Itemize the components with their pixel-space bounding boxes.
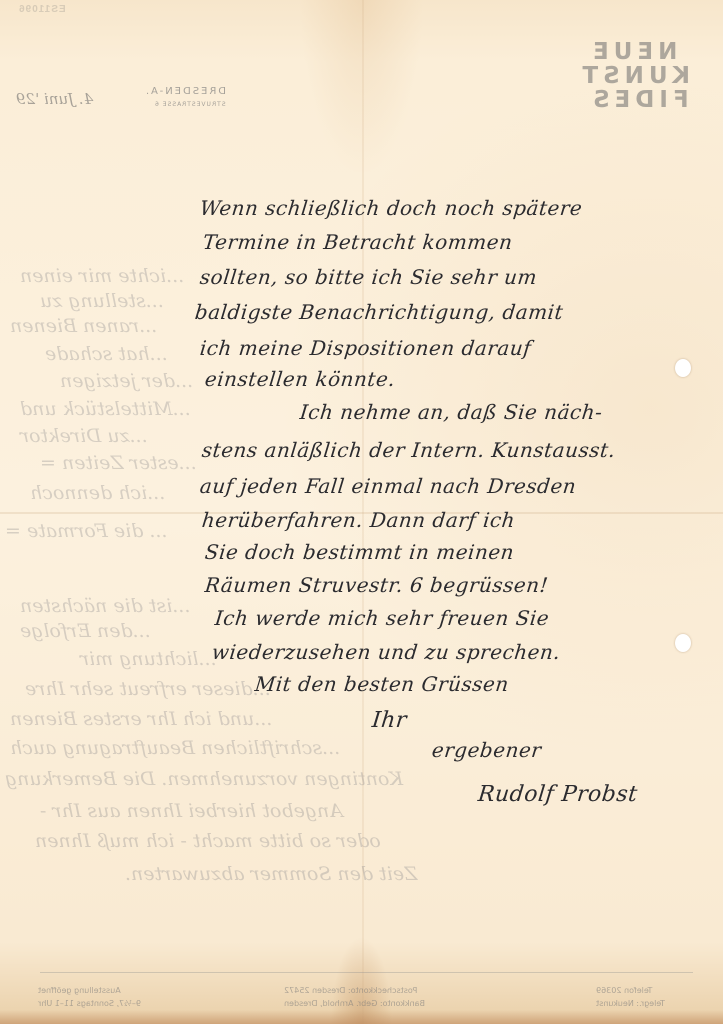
footer-right-line-1: Telefon 20369 bbox=[596, 984, 652, 997]
body-line: Sie doch bestimmt in meinen bbox=[204, 540, 516, 564]
body-line: herüberfahren. Dann darf ich bbox=[201, 508, 517, 532]
bleed-line: ...hat schade bbox=[45, 343, 168, 365]
letterhead-street: STRUVESTRASSE 6 bbox=[154, 101, 226, 108]
footer-left-line-1: Ausstellung geöffnet bbox=[38, 984, 121, 997]
body-line: Ich nehme an, daß Sie näch- bbox=[299, 400, 604, 424]
bleed-line: ...dieser erfreut sehr Ihre bbox=[25, 678, 271, 700]
punch-hole-bottom bbox=[675, 634, 691, 652]
bleed-line: ...ich dennoch bbox=[30, 482, 165, 504]
footer-middle-line-1: Postscheckkonto: Dresden 25472 bbox=[284, 984, 417, 997]
punch-hole-top bbox=[675, 359, 691, 377]
bleed-line: Kontingen vorzunehmen. Die Bemerkung bbox=[5, 768, 403, 790]
footer-left-line-2: 9–½7, Sonntags 11–1 Uhr bbox=[38, 997, 141, 1010]
footer-rule bbox=[40, 972, 693, 973]
body-line: Räumen Struvestr. 6 begrüssen! bbox=[204, 573, 550, 597]
closing-greeting: Mit den besten Grüssen bbox=[254, 672, 510, 696]
footer-middle-line-2: Bankkonto: Gebr. Arnhold, Dresden bbox=[284, 997, 425, 1010]
bleed-line: ...ester Zeiten = bbox=[40, 452, 197, 474]
bleed-line: ...ist die nächsten bbox=[20, 595, 190, 617]
bleed-line: ...und ich Ihr erstes Bienen bbox=[10, 708, 272, 730]
bleed-line: ...lichtung mir bbox=[80, 648, 217, 670]
closing-ergebener: ergebener bbox=[431, 738, 543, 762]
body-line: ich meine Dispositionen darauf bbox=[199, 336, 533, 360]
letter-date-text: 4. Juni '29 bbox=[16, 90, 93, 108]
body-line: Termine in Betracht kommen bbox=[202, 230, 514, 254]
bleed-line: ...zu Direktor bbox=[20, 425, 148, 447]
bleed-line: ...schriftlichen Beauftragung auch bbox=[10, 737, 340, 759]
archive-stamp-text: ES11096 bbox=[18, 4, 66, 15]
bleed-line: ... die Formate = bbox=[5, 520, 168, 542]
bleed-line: ...stellung zu bbox=[40, 290, 164, 312]
body-line: sollten, so bitte ich Sie sehr um bbox=[199, 265, 539, 289]
body-line: einstellen könnte. bbox=[204, 367, 397, 391]
letterhead-city: DRESDEN-A. bbox=[144, 86, 226, 97]
signature: Rudolf Probst bbox=[477, 782, 639, 807]
bleed-line: Zeit den Sommer abzuwarten. bbox=[125, 863, 417, 885]
bleed-line: ...den Erfolge bbox=[20, 620, 151, 642]
logo-line-kunst: KUNST bbox=[588, 64, 690, 88]
bleed-line: ...ranen Bienen bbox=[10, 315, 157, 337]
bleed-line: Angebot hierbei Ihnen aus Ihr - bbox=[40, 800, 343, 822]
bleed-line: ...ichte mir einen bbox=[20, 265, 184, 287]
footer-bank-details: Postscheckkonto: Dresden 25472 Bankkonto… bbox=[284, 984, 425, 1010]
body-line: auf jeden Fall einmal nach Dresden bbox=[199, 474, 578, 498]
letterhead-logo: NEUE KUNST FIDES bbox=[588, 40, 690, 112]
bleed-line: ...Mittelstück und bbox=[20, 398, 191, 420]
footer-right-line-2: Telegr.: Neukunst bbox=[596, 997, 665, 1010]
body-line: stens anläßlich der Intern. Kunstausst. bbox=[201, 438, 617, 462]
footer-opening-hours: Ausstellung geöffnet 9–½7, Sonntags 11–1… bbox=[38, 984, 141, 1010]
body-line: Ich werde mich sehr freuen Sie bbox=[214, 606, 551, 630]
archive-stamp: ES11096 bbox=[18, 4, 66, 15]
logo-line-neue: NEUE bbox=[588, 40, 690, 64]
bleed-line: oder so bitte macht - ich muß Ihnen bbox=[35, 830, 381, 852]
bottom-edge-stain bbox=[0, 1010, 723, 1024]
logo-line-fides: FIDES bbox=[588, 88, 690, 112]
letter-page: ES11096 NEUE KUNST FIDES DRESDEN-A. STRU… bbox=[0, 0, 723, 1024]
footer-contact: Telefon 20369 Telegr.: Neukunst bbox=[596, 984, 665, 1010]
letter-date: 4. Juni '29 bbox=[16, 90, 93, 108]
closing-ihr: Ihr bbox=[371, 708, 409, 733]
letterhead-address: DRESDEN-A. STRUVESTRASSE 6 bbox=[120, 86, 226, 108]
body-line: baldigste Benachrichtigung, damit bbox=[194, 300, 565, 324]
body-line: Wenn schließlich doch noch spätere bbox=[199, 196, 584, 220]
body-line: wiederzusehen und zu sprechen. bbox=[211, 640, 562, 664]
bleed-line: ...der jetzigen bbox=[60, 370, 193, 392]
